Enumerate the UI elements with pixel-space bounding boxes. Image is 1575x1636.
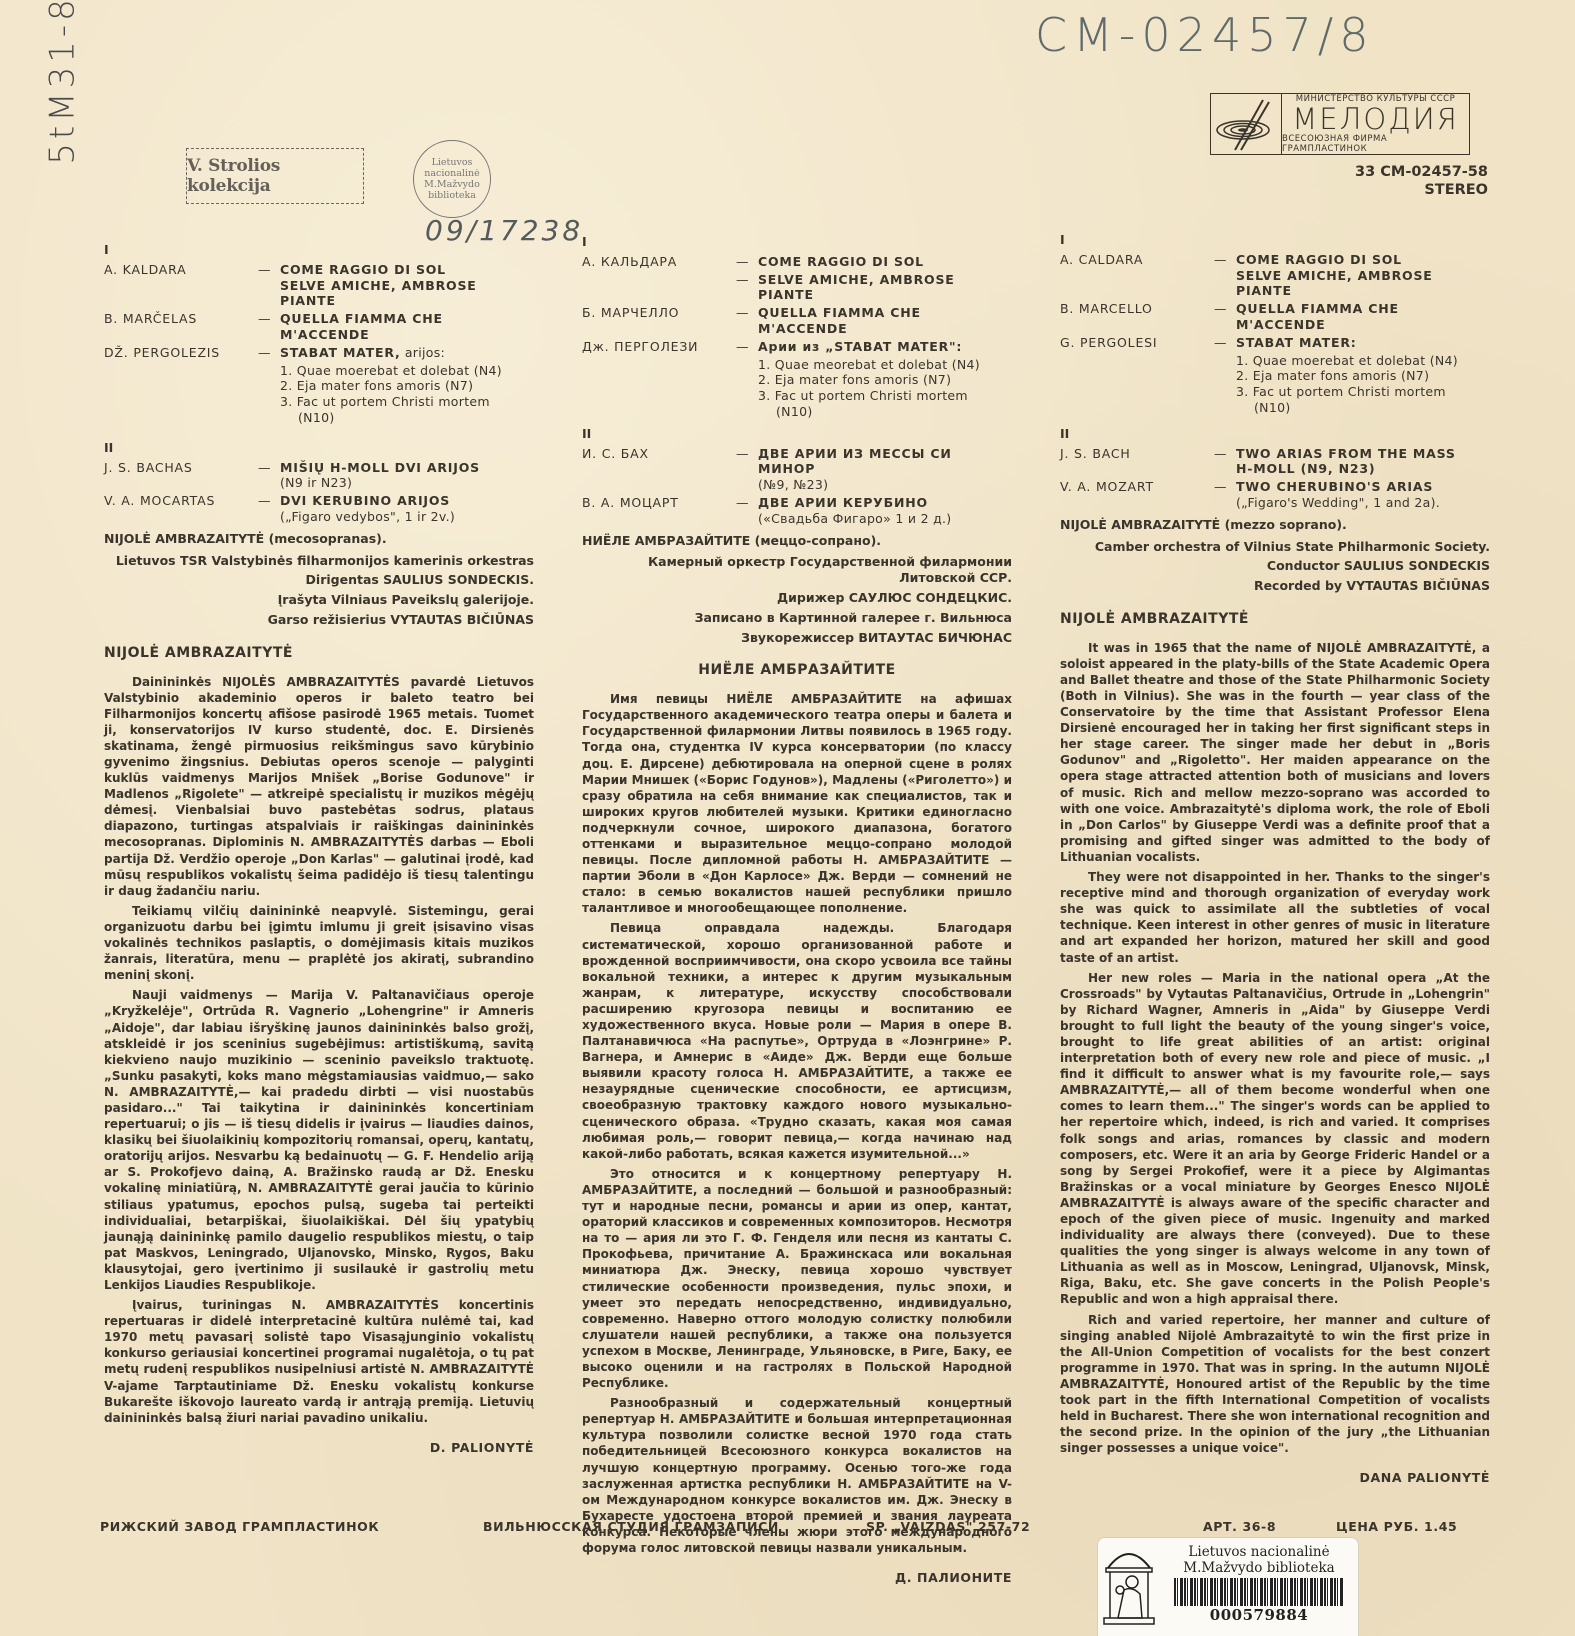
- track-title: SELVE AMICHE, AMBROSE PIANTE: [280, 278, 477, 309]
- composer: Дж. ПЕРГОЛЕЗИ: [582, 339, 736, 355]
- bio-paragraph: Певица оправдала надежды. Благодаря сист…: [582, 920, 1012, 1161]
- side-label: II: [104, 440, 534, 456]
- footer-printer: SP. „VAIZDAS" 257-72: [866, 1519, 1030, 1534]
- library-stamp-line: Lietuvos: [432, 157, 473, 168]
- track-row: A. CALDARA— COME RAGGIO DI SOLSELVE AMIC…: [1060, 252, 1490, 299]
- credit-recorded: Recorded by VYTAUTAS BIČIŪNAS: [1060, 578, 1490, 594]
- composer: DŽ. PERGOLEZIS: [104, 345, 258, 361]
- track-title: QUELLA FIAMMA CHE M'ACCENDE: [758, 305, 1012, 337]
- track-title: DVI KERUBINO ARIJOS: [280, 493, 450, 508]
- track-row: В. А. МОЦАРТ— ДВЕ АРИИ КЕРУБИНО(«Свадьба…: [582, 495, 1012, 527]
- composer: V. A. MOZART: [1060, 479, 1214, 511]
- track-title: COME RAGGIO DI SOL: [280, 262, 446, 277]
- track-row: A. KALDARA— COME RAGGIO DI SOLSELVE AMIC…: [104, 262, 534, 309]
- track-row: B. MARČELAS— QUELLA FIAMMA CHE M'ACCENDE: [104, 311, 534, 343]
- side-label: II: [1060, 426, 1490, 442]
- brand-name: МЕЛОДИЯ: [1292, 104, 1459, 134]
- track-title: QUELLA FIAMMA CHE M'ACCENDE: [1236, 301, 1490, 333]
- library-barcode-label: Lietuvos nacionalinė M.Mažvydo bibliotek…: [1097, 1537, 1359, 1636]
- credit-recorded: Записано в Картинной галерее г. Вильнюса: [582, 610, 1012, 626]
- firm-text: ВСЕСОЮЗНАЯ ФИРМА ГРАМПЛАСТИНОК: [1282, 134, 1469, 154]
- barcode: [1174, 1578, 1344, 1606]
- library-name: M.Mažvydo biblioteka: [1183, 1560, 1334, 1576]
- track-subtitle: arijos:: [401, 345, 446, 360]
- track-row: J. S. BACH— TWO ARIAS FROM THE MASSH-MOL…: [1060, 446, 1490, 478]
- credit-conductor: Дирижер САУЛЮС СОНДЕЦКИС.: [582, 590, 1012, 606]
- column-russian: I А. КАЛЬДАРА— COME RAGGIO DI SOL — SELV…: [582, 228, 1012, 1586]
- credit-recorded: Įrašyta Vilniaus Paveikslų galerijoje.: [104, 592, 534, 608]
- library-name: Lietuvos nacionalinė: [1188, 1544, 1329, 1560]
- footer-article: АРТ. 36-8: [1203, 1519, 1276, 1534]
- handwritten-side-code: 5tM31-8: [43, 0, 83, 165]
- track-row: G. PERGOLESI— STABAT MATER:: [1060, 335, 1490, 351]
- track-title: STABAT MATER,: [280, 345, 401, 360]
- track-title: STABAT MATER:: [1236, 335, 1490, 351]
- track-subtitle: (N9 ir N23): [280, 475, 352, 490]
- track-title: MIŠIŲ H-MOLL DVI ARIJOS: [280, 460, 480, 475]
- track-row: V. A. MOCARTAS— DVI KERUBINO ARIJOS(„Fig…: [104, 493, 534, 525]
- author-signature: Д. ПАЛИОНИТЕ: [582, 1570, 1012, 1586]
- composer: A. CALDARA: [1060, 252, 1214, 299]
- side-label: II: [582, 426, 1012, 442]
- performer: NIJOLĖ AMBRAZAITYTĖ (mecosopranas).: [104, 531, 534, 547]
- barcode-number: 000579884: [1210, 1606, 1308, 1624]
- composer: И. С. БАХ: [582, 446, 736, 493]
- footer-plant: РИЖСКИЙ ЗАВОД ГРАМПЛАСТИНОК: [100, 1519, 379, 1534]
- composer: G. PERGOLESI: [1060, 335, 1214, 351]
- track-row: — SELVE AMICHE, AMBROSE PIANTE: [582, 272, 1012, 304]
- bio-paragraph: Nauji vaidmenys — Marija V. Paltanavičia…: [104, 987, 534, 1293]
- track-title: COME RAGGIO DI SOL: [1236, 252, 1402, 267]
- bio-paragraph: They were not disappointed in her. Thank…: [1060, 869, 1490, 966]
- library-emblem-icon: [1098, 1538, 1160, 1636]
- library-stamp-line: M.Mažvydo: [424, 179, 480, 190]
- credit-engineer: Звукорежиссер ВИТАУТАС БИЧЮНАС: [582, 630, 1012, 646]
- composer: B. MARCELLO: [1060, 301, 1214, 333]
- bio-paragraph: Это относится и к концертному репертуару…: [582, 1166, 1012, 1391]
- track-title: Арии из „STABAT MATER":: [758, 339, 1012, 355]
- track-title: SELVE AMICHE, AMBROSE PIANTE: [758, 272, 1012, 304]
- aria-item: 3. Fac ut portem Christi mortem: [1060, 384, 1490, 400]
- column-english: I A. CALDARA— COME RAGGIO DI SOLSELVE AM…: [1060, 226, 1490, 1486]
- credit-conductor: Dirigentas SAULIUS SONDECKIS.: [104, 572, 534, 588]
- catalog-info: 33 CM-02457-58 STEREO: [1355, 163, 1488, 199]
- side-label: I: [582, 234, 1012, 250]
- side-label: I: [104, 242, 534, 258]
- track-title: H-MOLL (N9, N23): [1236, 461, 1375, 476]
- aria-item: (N10): [1060, 400, 1490, 416]
- bio-heading: NIJOLĖ AMBRAZAITYTĖ: [1060, 612, 1490, 628]
- melodiya-logo: МИНИСТЕРСТВО КУЛЬТУРЫ СССР МЕЛОДИЯ ВСЕСО…: [1210, 93, 1470, 155]
- track-subtitle: („Figaro vedybos", 1 ir 2v.): [280, 509, 455, 524]
- aria-item: 2. Eja mater fons amoris (N7): [582, 372, 1012, 388]
- track-title: COME RAGGIO DI SOL: [758, 254, 1012, 270]
- aria-item: 1. Quae moerebat et dolebat (N4): [104, 363, 534, 379]
- track-row: V. A. MOZART— TWO CHERUBINO'S ARIAS(„Fig…: [1060, 479, 1490, 511]
- performer: NIJOLĖ AMBRAZAITYTĖ (mezzo soprano).: [1060, 517, 1490, 533]
- track-row: J. S. BACHAS— MIŠIŲ H-MOLL DVI ARIJOS(N9…: [104, 460, 534, 492]
- footer-studio: ВИЛЬНЮССКАЯ СТУДИЯ ГРАМЗАПИСИ: [483, 1519, 779, 1534]
- composer: B. MARČELAS: [104, 311, 258, 343]
- composer: В. А. МОЦАРТ: [582, 495, 736, 527]
- composer: [582, 272, 736, 304]
- track-row: А. КАЛЬДАРА— COME RAGGIO DI SOL: [582, 254, 1012, 270]
- column-lithuanian: I A. KALDARA— COME RAGGIO DI SOLSELVE AM…: [104, 236, 534, 1456]
- track-row: Дж. ПЕРГОЛЕЗИ— Арии из „STABAT MATER":: [582, 339, 1012, 355]
- credit-conductor: Conductor SAULIUS SONDECKIS: [1060, 558, 1490, 574]
- performer: НИЁЛЕ АМБРАЗАЙТИТЕ (меццо-сопрано).: [582, 533, 1012, 549]
- aria-item: 3. Fac ut portem Christi mortem: [104, 394, 534, 410]
- bio-paragraph: Имя певицы НИЁЛЕ АМБРАЗАЙТИТЕ на афишах …: [582, 691, 1012, 916]
- library-stamp-line: nacionalinė: [424, 168, 479, 179]
- track-title: TWO CHERUBINO'S ARIAS: [1236, 479, 1433, 494]
- credit-orchestra: Lietuvos TSR Valstybinės filharmonijos k…: [104, 553, 534, 569]
- track-title: TWO ARIAS FROM THE MASS: [1236, 446, 1456, 461]
- composer: А. КАЛЬДАРА: [582, 254, 736, 270]
- composer: J. S. BACH: [1060, 446, 1214, 478]
- bio-paragraph: Teikiamų vilčių dainininkė neapvylė. Sis…: [104, 903, 534, 983]
- credit-engineer: Garso režisierius VYTAUTAS BIČIŪNAS: [104, 612, 534, 628]
- record-note-icon: [1211, 94, 1282, 154]
- collection-stamp: V. Strolios kolekcija: [186, 148, 364, 204]
- sound-format: STEREO: [1355, 181, 1488, 199]
- aria-item: 3. Fac ut portem Christi mortem: [582, 388, 1012, 404]
- aria-item: 2. Eja mater fons amoris (N7): [104, 378, 534, 394]
- author-signature: DANA PALIONYTĖ: [1060, 1470, 1490, 1486]
- composer: A. KALDARA: [104, 262, 258, 309]
- track-subtitle: („Figaro's Wedding", 1 and 2a).: [1236, 495, 1440, 510]
- bio-paragraph: It was in 1965 that the name of NIJOLĖ A…: [1060, 640, 1490, 865]
- bio-heading: NIJOLĖ AMBRAZAITYTĖ: [104, 646, 534, 662]
- track-title: QUELLA FIAMMA CHE M'ACCENDE: [280, 311, 534, 343]
- composer: V. A. MOCARTAS: [104, 493, 258, 525]
- composer: J. S. BACHAS: [104, 460, 258, 492]
- library-stamp: Lietuvos nacionalinė M.Mažvydo bibliotek…: [413, 140, 491, 218]
- handwritten-catalog-number: CM-02457/8: [1035, 8, 1375, 62]
- credit-orchestra: Камерный оркестр Государственной филармо…: [582, 554, 1012, 586]
- author-signature: D. PALIONYTĖ: [104, 1440, 534, 1456]
- aria-item: 1. Quae moerebat et dolebat (N4): [1060, 353, 1490, 369]
- track-row: DŽ. PERGOLEZIS— STABAT MATER, arijos:: [104, 345, 534, 361]
- track-row: B. MARCELLO— QUELLA FIAMMA CHE M'ACCENDE: [1060, 301, 1490, 333]
- aria-item: 1. Quae meorebat et dolebat (N4): [582, 357, 1012, 373]
- track-title: ДВЕ АРИИ ИЗ МЕССЫ СИ МИНОР: [758, 446, 952, 477]
- bio-paragraph: Rich and varied repertoire, her manner a…: [1060, 1312, 1490, 1457]
- footer-price: ЦЕНА РУБ. 1.45: [1336, 1519, 1457, 1534]
- composer: Б. МАРЧЕЛЛО: [582, 305, 736, 337]
- bio-paragraph: Dainininkės NIJOLĖS AMBRAZAITYTĖS pavard…: [104, 674, 534, 899]
- track-title: ДВЕ АРИИ КЕРУБИНО: [758, 495, 928, 510]
- track-subtitle: («Свадьба Фигаро» 1 и 2 д.): [758, 511, 952, 526]
- bio-paragraph: Her new roles — Maria in the national op…: [1060, 970, 1490, 1308]
- credit-orchestra: Camber orchestra of Vilnius State Philha…: [1060, 539, 1490, 555]
- catalog-number: 33 CM-02457-58: [1355, 163, 1488, 181]
- track-subtitle: (№9, №23): [758, 477, 828, 492]
- track-row: Б. МАРЧЕЛЛО— QUELLA FIAMMA CHE M'ACCENDE: [582, 305, 1012, 337]
- track-title: SELVE AMICHE, AMBROSE PIANTE: [1236, 268, 1433, 299]
- aria-item: (N10): [104, 410, 534, 426]
- side-label: I: [1060, 232, 1490, 248]
- bio-paragraph: Įvairus, turiningas N. AMBRAZAITYTĖS kon…: [104, 1297, 534, 1426]
- track-row: И. С. БАХ— ДВЕ АРИИ ИЗ МЕССЫ СИ МИНОР(№9…: [582, 446, 1012, 493]
- aria-item: (N10): [582, 404, 1012, 420]
- bio-heading: НИЁЛЕ АМБРАЗАЙТИТЕ: [582, 663, 1012, 679]
- library-stamp-line: biblioteka: [428, 190, 476, 201]
- aria-item: 2. Eja mater fons amoris (N7): [1060, 368, 1490, 384]
